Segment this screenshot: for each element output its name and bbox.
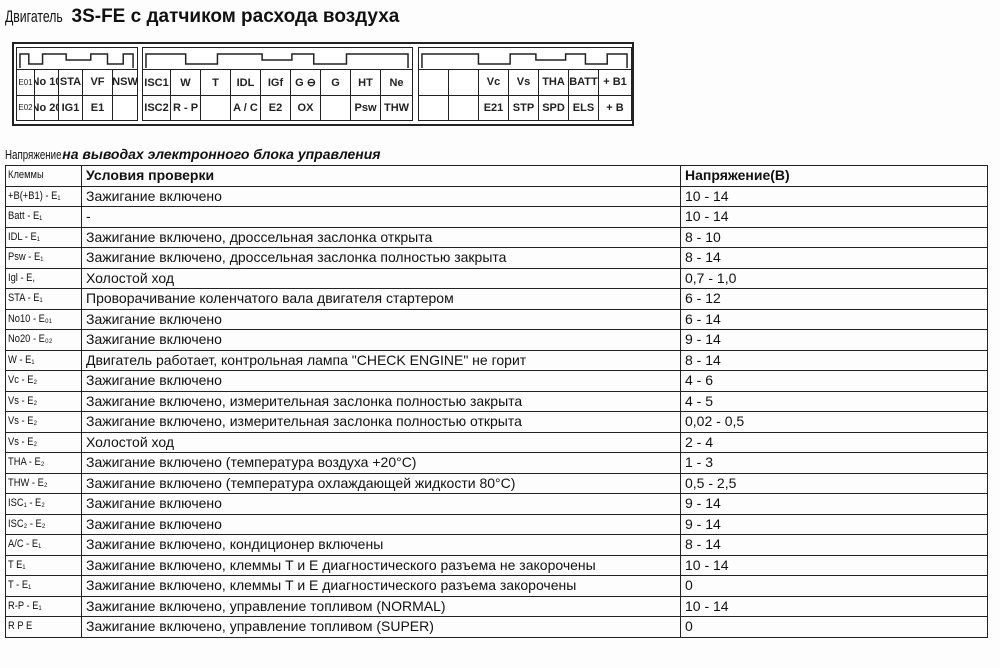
voltage-cell: 2 - 4 <box>681 432 988 453</box>
connector-block-3: VcVsTHABATT+ B1E21STPSPDELS+ B <box>418 47 632 121</box>
voltage-cell: 4 - 5 <box>681 391 988 412</box>
connector-pin-bottom: Psw <box>351 96 381 120</box>
section-heading: Напряжение на выводах электронного блока… <box>5 146 381 162</box>
table-row: W - E₁Двигатель работает, контрольная ла… <box>6 350 988 371</box>
connector-pin-bottom: E02 <box>17 96 35 121</box>
connector-pin-bottom: E1 <box>83 96 113 121</box>
terminals-cell: No10 - E₀₁ <box>6 309 82 330</box>
terminals-cell: ISC₂ - E₂ <box>6 514 82 535</box>
voltage-cell: 6 - 12 <box>681 289 988 310</box>
connector-pin-top: Vc <box>479 70 509 96</box>
ecu-voltage-table: Клеммы Условия проверки Напряжение(В) +B… <box>5 165 988 638</box>
voltage-cell: 0 <box>681 617 988 638</box>
voltage-cell: 0 <box>681 576 988 597</box>
header-voltage: Напряжение(В) <box>681 166 988 187</box>
terminals-cell: IDL - E₁ <box>6 227 82 248</box>
connector-pin-top: ISC1 <box>143 70 171 96</box>
voltage-cell: 0,5 - 2,5 <box>681 473 988 494</box>
table-row: R-P - E₁Зажигание включено, управление т… <box>6 596 988 617</box>
table-row: Batt - E₁-10 - 14 <box>6 207 988 228</box>
terminals-cell: Vs - E₂ <box>6 391 82 412</box>
voltage-cell: 10 - 14 <box>681 186 988 207</box>
connector-pin-bottom: STP <box>509 96 539 121</box>
table-row: STA - E₁Проворачивание коленчатого вала … <box>6 289 988 310</box>
connector-pin-bottom: IG1 <box>59 96 83 121</box>
terminals-cell: Igl - E, <box>6 268 82 289</box>
connector-pin-bottom: E21 <box>479 96 509 121</box>
connector-pin-bottom: ISC2 <box>143 96 171 120</box>
condition-cell: Зажигание включено (температура воздуха … <box>82 453 681 474</box>
connector-pin-top: IGf <box>261 70 291 96</box>
condition-cell: Зажигание включено, кондиционер включены <box>82 535 681 556</box>
connector-pin-bottom <box>201 96 231 120</box>
terminals-cell: Vs - E₂ <box>6 432 82 453</box>
condition-cell: Зажигание включено, клеммы T и E диагнос… <box>82 576 681 597</box>
terminals-cell: THA - E₂ <box>6 453 82 474</box>
condition-cell: Зажигание включено, управление топливом … <box>82 596 681 617</box>
voltage-cell: 8 - 14 <box>681 248 988 269</box>
condition-cell: Зажигание включено, дроссельная заслонка… <box>82 248 681 269</box>
condition-cell: - <box>82 207 681 228</box>
connector-pin-top: G ⊖ <box>291 70 321 96</box>
connector-pin-bottom: No 20 <box>35 96 59 121</box>
table-row: T - E₁Зажигание включено, клеммы T и E д… <box>6 576 988 597</box>
condition-cell: Зажигание включено <box>82 494 681 515</box>
terminals-cell: No20 - E₀₂ <box>6 330 82 351</box>
connector-pin-bottom: R - P <box>171 96 201 120</box>
connector-pin-bottom <box>113 96 137 121</box>
connector-pin-top: G <box>321 70 351 96</box>
table-row: Vs - E₂Зажигание включено, измерительная… <box>6 391 988 412</box>
condition-cell: Холостой ход <box>82 268 681 289</box>
connector-pin-top: VF <box>83 70 113 96</box>
table-row: ISC₂ - E₂Зажигание включено9 - 14 <box>6 514 988 535</box>
condition-cell: Зажигание включено <box>82 514 681 535</box>
title-main: 3S-FE с датчиком расхода воздуха <box>72 6 400 27</box>
connector-pin-bottom: E2 <box>261 96 291 120</box>
header-terminals: Клеммы <box>6 166 82 187</box>
table-row: Vs - E₂Зажигание включено, измерительная… <box>6 412 988 433</box>
connector-pin-top: + B1 <box>599 70 631 96</box>
connector-pin-top <box>419 70 449 96</box>
voltage-cell: 8 - 14 <box>681 535 988 556</box>
condition-cell: Проворачивание коленчатого вала двигател… <box>82 289 681 310</box>
connector-pin-top: THA <box>539 70 569 96</box>
terminals-cell: Batt - E₁ <box>6 207 82 228</box>
terminals-cell: Vc - E₂ <box>6 371 82 392</box>
table-row: Vc - E₂Зажигание включено4 - 6 <box>6 371 988 392</box>
voltage-cell: 10 - 14 <box>681 555 988 576</box>
voltage-cell: 6 - 14 <box>681 309 988 330</box>
connector-pin-bottom: SPD <box>539 96 569 121</box>
table-row: A/C - E₁Зажигание включено, кондиционер … <box>6 535 988 556</box>
connector-pin-top: No 10 <box>35 70 59 96</box>
table-row: Psw - E₁Зажигание включено, дроссельная … <box>6 248 988 269</box>
voltage-cell: 8 - 10 <box>681 227 988 248</box>
terminals-cell: W - E₁ <box>6 350 82 371</box>
terminals-cell: THW - E₂ <box>6 473 82 494</box>
condition-cell: Зажигание включено, измерительная заслон… <box>82 391 681 412</box>
page-title: Двигатель 3S-FE с датчиком расхода возду… <box>5 6 399 28</box>
condition-cell: Зажигание включено (температура охлаждаю… <box>82 473 681 494</box>
connector-pin-top: STA <box>59 70 83 96</box>
condition-cell: Двигатель работает, контрольная лампа "C… <box>82 350 681 371</box>
table-row: Igl - E,Холостой ход0,7 - 1,0 <box>6 268 988 289</box>
voltage-cell: 0,7 - 1,0 <box>681 268 988 289</box>
table-row: THW - E₂Зажигание включено (температура … <box>6 473 988 494</box>
table-row: THA - E₂Зажигание включено (температура … <box>6 453 988 474</box>
table-row: +B(+B1) - E₁Зажигание включено10 - 14 <box>6 186 988 207</box>
connector-block-1: E01No 10STAVFNSWE02No 20IG1E1 <box>16 47 138 121</box>
connector-pin-bottom: A / C <box>231 96 261 120</box>
condition-cell: Зажигание включено <box>82 309 681 330</box>
terminals-cell: ISC₁ - E₂ <box>6 494 82 515</box>
connector-key-outline-icon <box>419 48 631 70</box>
connector-pin-top: IDL <box>231 70 261 96</box>
terminals-cell: Vs - E₂ <box>6 412 82 433</box>
voltage-cell: 10 - 14 <box>681 596 988 617</box>
connector-pin-bottom <box>321 96 351 120</box>
connector-pin-grid: VcVsTHABATT+ B1E21STPSPDELS+ B <box>419 69 631 120</box>
terminals-cell: T E₁ <box>6 555 82 576</box>
connector-pin-bottom <box>449 96 479 121</box>
condition-cell: Зажигание включено, управление топливом … <box>82 617 681 638</box>
connector-pin-top: HT <box>351 70 381 96</box>
voltage-cell: 9 - 14 <box>681 514 988 535</box>
terminals-cell: T - E₁ <box>6 576 82 597</box>
connector-pin-bottom: + B <box>599 96 631 121</box>
condition-cell: Зажигание включено, дроссельная заслонка… <box>82 227 681 248</box>
connector-pin-top: W <box>171 70 201 96</box>
connector-pin-grid: ISC1WTIDLIGfG ⊖GHTNeISC2R - PA / CE2OXPs… <box>143 69 412 120</box>
terminals-cell: A/C - E₁ <box>6 535 82 556</box>
connector-pin-bottom: OX <box>291 96 321 120</box>
table-header-row: Клеммы Условия проверки Напряжение(В) <box>6 166 988 187</box>
connector-pin-top: E01 <box>17 70 35 96</box>
table-row: Vs - E₂Холостой ход2 - 4 <box>6 432 988 453</box>
table-row: R P EЗажигание включено, управление топл… <box>6 617 988 638</box>
connector-pin-bottom: ELS <box>569 96 599 121</box>
voltage-cell: 8 - 14 <box>681 350 988 371</box>
condition-cell: Зажигание включено <box>82 186 681 207</box>
table-row: No10 - E₀₁Зажигание включено6 - 14 <box>6 309 988 330</box>
connector-pin-top: Vs <box>509 70 539 96</box>
table-row: ISC₁ - E₂Зажигание включено9 - 14 <box>6 494 988 515</box>
condition-cell: Холостой ход <box>82 432 681 453</box>
connector-key-outline-icon <box>143 48 412 70</box>
connector-pin-top: Ne <box>381 70 412 96</box>
terminals-cell: STA - E₁ <box>6 289 82 310</box>
voltage-cell: 1 - 3 <box>681 453 988 474</box>
connector-block-2: ISC1WTIDLIGfG ⊖GHTNeISC2R - PA / CE2OXPs… <box>142 47 413 121</box>
ecu-connector-diagram: E01No 10STAVFNSWE02No 20IG1E1 ISC1WTIDLI… <box>12 42 634 126</box>
connector-pin-top: NSW <box>113 70 137 96</box>
connector-pin-top: BATT <box>569 70 599 96</box>
condition-cell: Зажигание включено, измерительная заслон… <box>82 412 681 433</box>
terminals-cell: R-P - E₁ <box>6 596 82 617</box>
connector-pin-bottom <box>419 96 449 121</box>
voltage-cell: 10 - 14 <box>681 207 988 228</box>
voltage-cell: 9 - 14 <box>681 494 988 515</box>
table-row: No20 - E₀₂Зажигание включено9 - 14 <box>6 330 988 351</box>
connector-pin-bottom: THW <box>381 96 412 120</box>
condition-cell: Зажигание включено <box>82 371 681 392</box>
terminals-cell: +B(+B1) - E₁ <box>6 186 82 207</box>
heading-prefix: Напряжение <box>5 147 62 162</box>
terminals-cell: R P E <box>6 617 82 638</box>
connector-pin-top: T <box>201 70 231 96</box>
condition-cell: Зажигание включено, клеммы T и E диагнос… <box>82 555 681 576</box>
connector-pin-grid: E01No 10STAVFNSWE02No 20IG1E1 <box>17 69 137 120</box>
title-prefix: Двигатель <box>5 7 63 27</box>
header-conditions: Условия проверки <box>82 166 681 187</box>
voltage-cell: 4 - 6 <box>681 371 988 392</box>
voltage-cell: 9 - 14 <box>681 330 988 351</box>
condition-cell: Зажигание включено <box>82 330 681 351</box>
connector-pin-top <box>449 70 479 96</box>
heading-main: на выводах электронного блока управления <box>62 146 380 162</box>
connector-key-outline-icon <box>17 48 137 70</box>
table-row: T E₁Зажигание включено, клеммы T и E диа… <box>6 555 988 576</box>
voltage-cell: 0,02 - 0,5 <box>681 412 988 433</box>
table-row: IDL - E₁Зажигание включено, дроссельная … <box>6 227 988 248</box>
terminals-cell: Psw - E₁ <box>6 248 82 269</box>
